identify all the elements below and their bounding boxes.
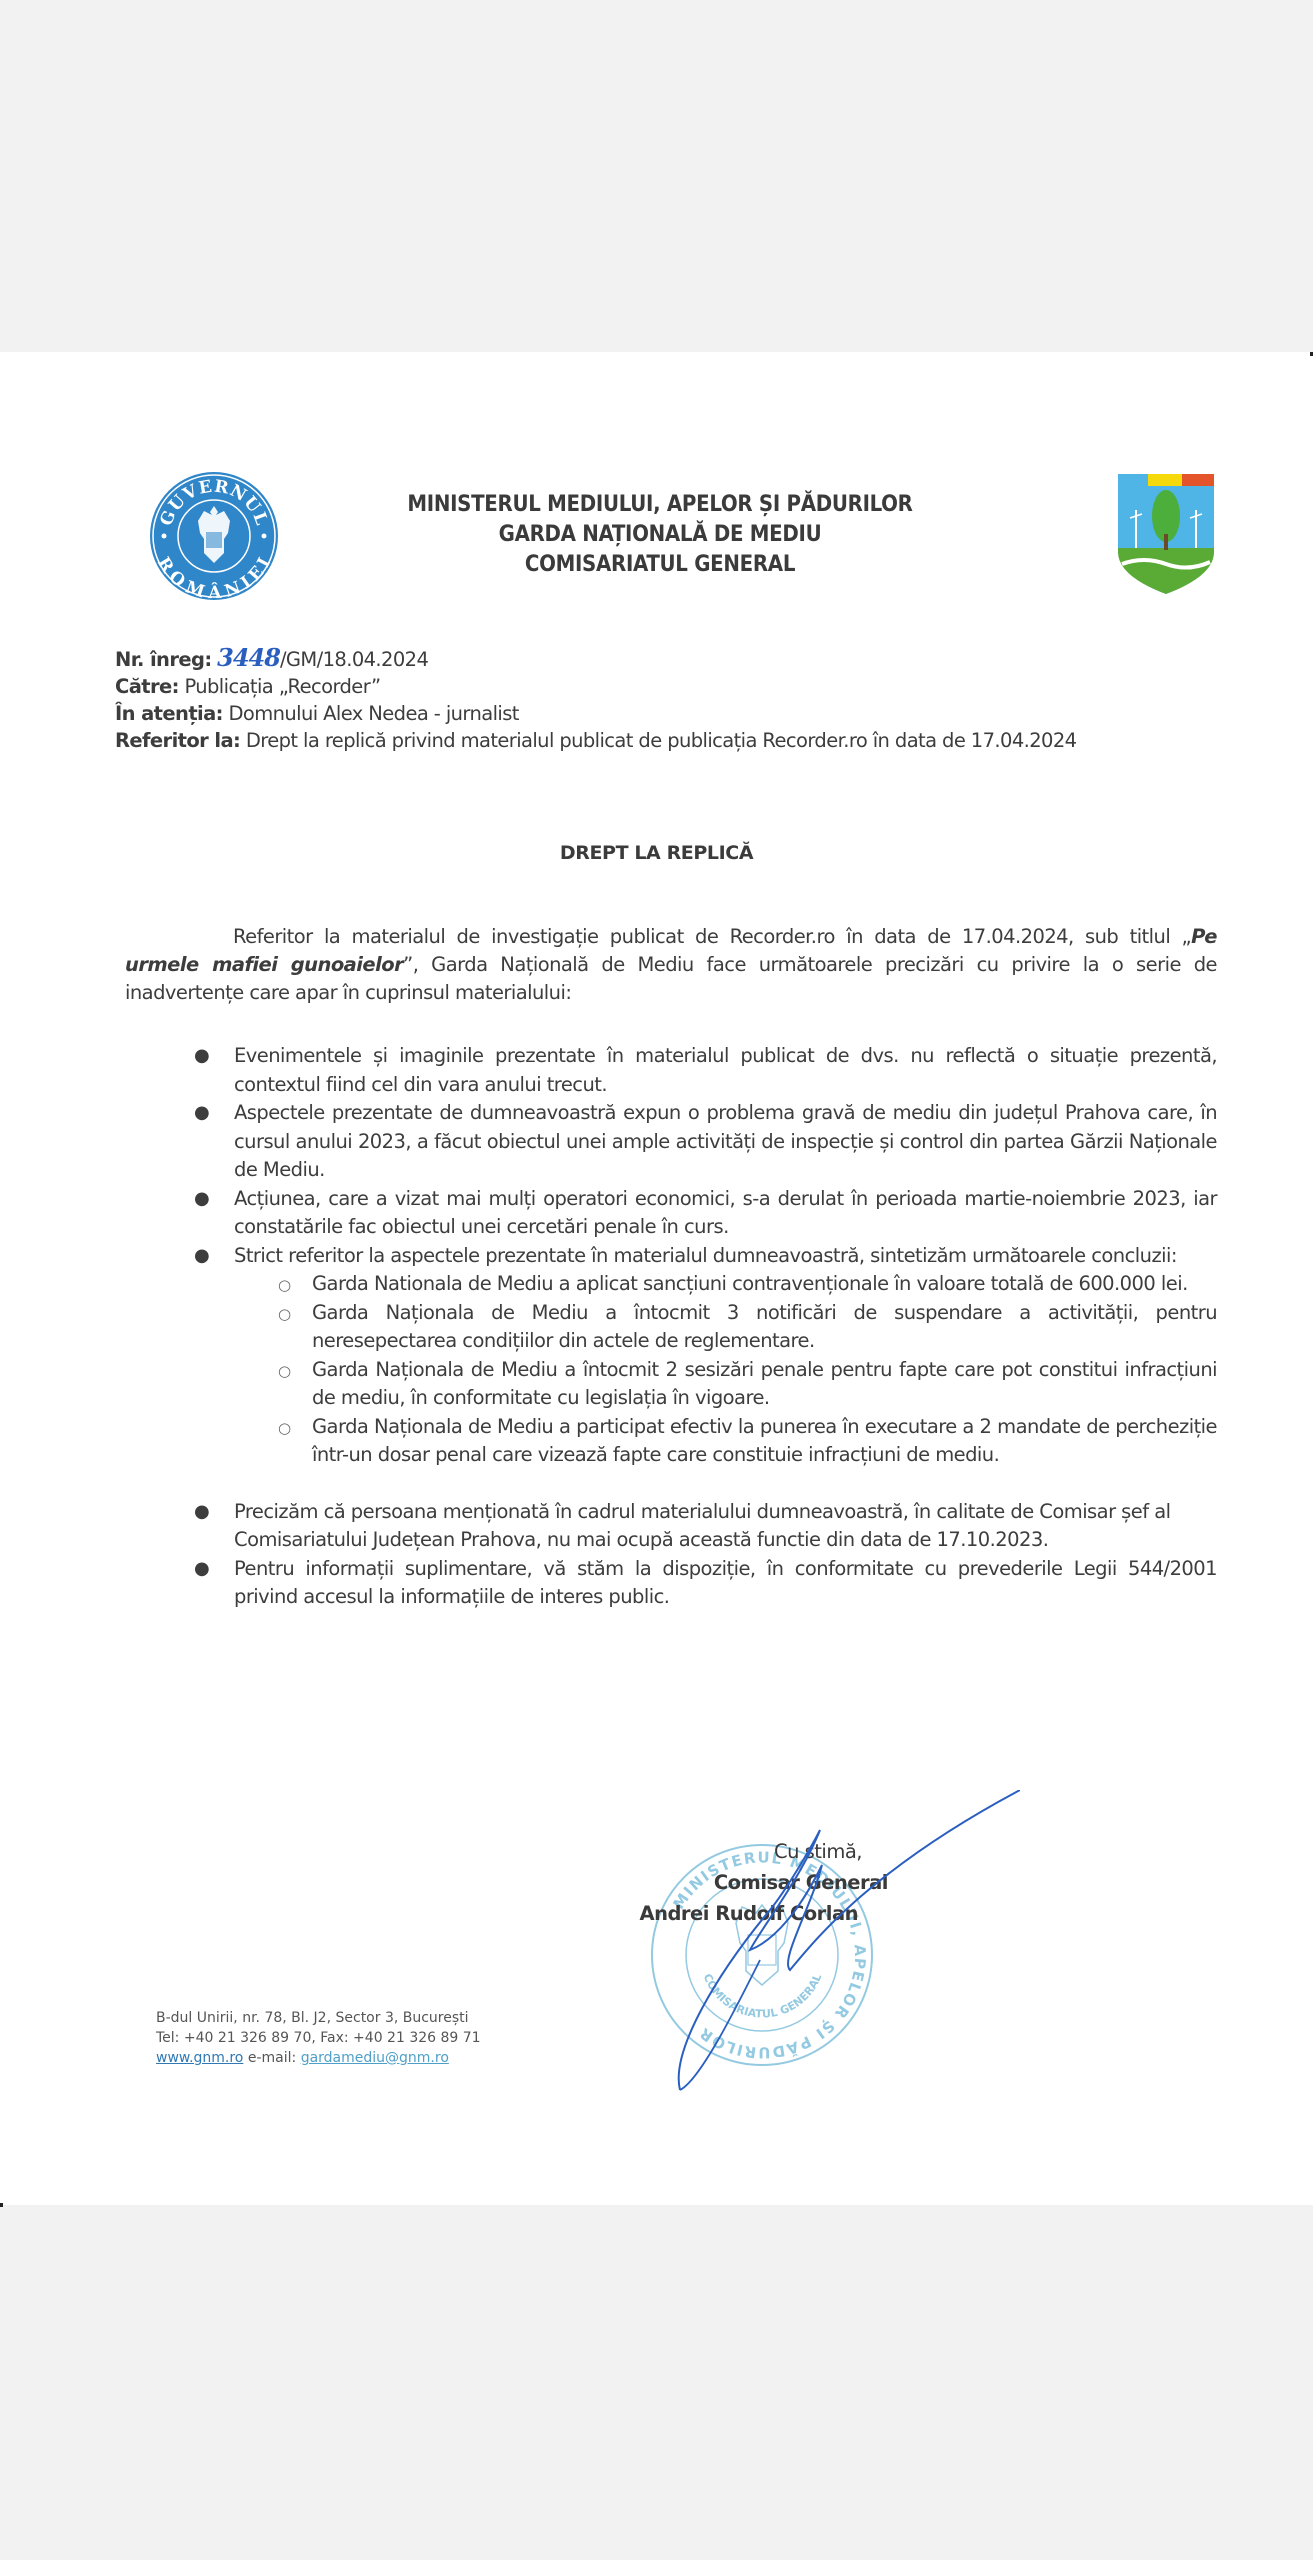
ministry-header: MINISTERUL MEDIULUI, APELOR ȘI PĂDURILOR… [300,490,1020,580]
list-item: ●Precizăm că persoana menționată în cadr… [190,1498,1217,1555]
spacer [190,1470,1217,1498]
list-item: ●Evenimentele și imaginile prezentate în… [190,1042,1217,1099]
list-item: ○Garda Naționala de Mediu a întocmit 2 s… [276,1356,1217,1413]
guvernul-romaniei-seal-icon: GUVERNUL ROMÂNIEI [148,470,280,602]
list-item: ●Acțiunea, care a vizat mai mulți operat… [190,1185,1217,1242]
bullet-icon: ● [194,1242,209,1271]
list-item: ○Garda Nationala de Mediu a aplicat sanc… [276,1270,1217,1299]
footer-contact: B-dul Unirii, nr. 78, Bl. J2, Sector 3, … [156,2008,481,2068]
findings-list: ●Evenimentele și imaginile prezentate în… [190,1042,1217,1612]
agency-name: GARDA NAȚIONALĂ DE MEDIU [300,520,1020,550]
circle-bullet-icon: ○ [278,1414,291,1443]
ministry-name: MINISTERUL MEDIULUI, APELOR ȘI PĂDURILOR [300,490,1020,520]
circle-bullet-icon: ○ [278,1357,291,1386]
footer-address: B-dul Unirii, nr. 78, Bl. J2, Sector 3, … [156,2008,481,2028]
attention-line: În atenția: Domnului Alex Nedea - jurnal… [115,700,1215,727]
registration-line: Nr. înreg: 3448/GM/18.04.2024 [115,644,1215,673]
garda-nationala-de-mediu-crest-icon [1114,472,1218,598]
bullet-icon: ● [194,1185,209,1214]
registration-number: 3448 [217,643,280,672]
recipient-line: Către: Publicația „Recorder” [115,673,1215,700]
registration-suffix: /GM/18.04.2024 [280,648,428,671]
document-title: DREPT LA REPLICĂ [0,842,1313,864]
conclusions-list: ○Garda Nationala de Mediu a aplicat sanc… [276,1270,1217,1470]
website-link[interactable]: www.gnm.ro [156,2050,243,2066]
bullet-icon: ● [194,1042,209,1071]
footer-phone: Tel: +40 21 326 89 70, Fax: +40 21 326 8… [156,2028,481,2048]
bullet-icon: ● [194,1555,209,1584]
scan-edge-mark [0,2203,3,2207]
email-link[interactable]: gardamediu@gnm.ro [301,2050,449,2066]
list-item: ●Aspectele prezentate de dumneavoastră e… [190,1099,1217,1185]
intro-paragraph: Referitor la materialul de investigație … [125,923,1217,1007]
handwritten-signature-icon [640,1790,1020,2110]
circle-bullet-icon: ○ [278,1271,291,1300]
list-item: ●Pentru informații suplimentare, vă stăm… [190,1555,1217,1612]
bullet-icon: ● [194,1498,209,1527]
document-meta: Nr. înreg: 3448/GM/18.04.2024 Către: Pub… [115,644,1215,754]
bullet-icon: ● [194,1099,209,1128]
subject-line: Referitor la: Drept la replică privind m… [115,727,1215,754]
list-item: ●Strict referitor la aspectele prezentat… [190,1242,1217,1470]
department-name: COMISARIATUL GENERAL [300,550,1020,580]
circle-bullet-icon: ○ [278,1300,291,1329]
list-item: ○Garda Naționala de Mediu a participat e… [276,1413,1217,1470]
list-item: ○Garda Naționala de Mediu a întocmit 3 n… [276,1299,1217,1356]
